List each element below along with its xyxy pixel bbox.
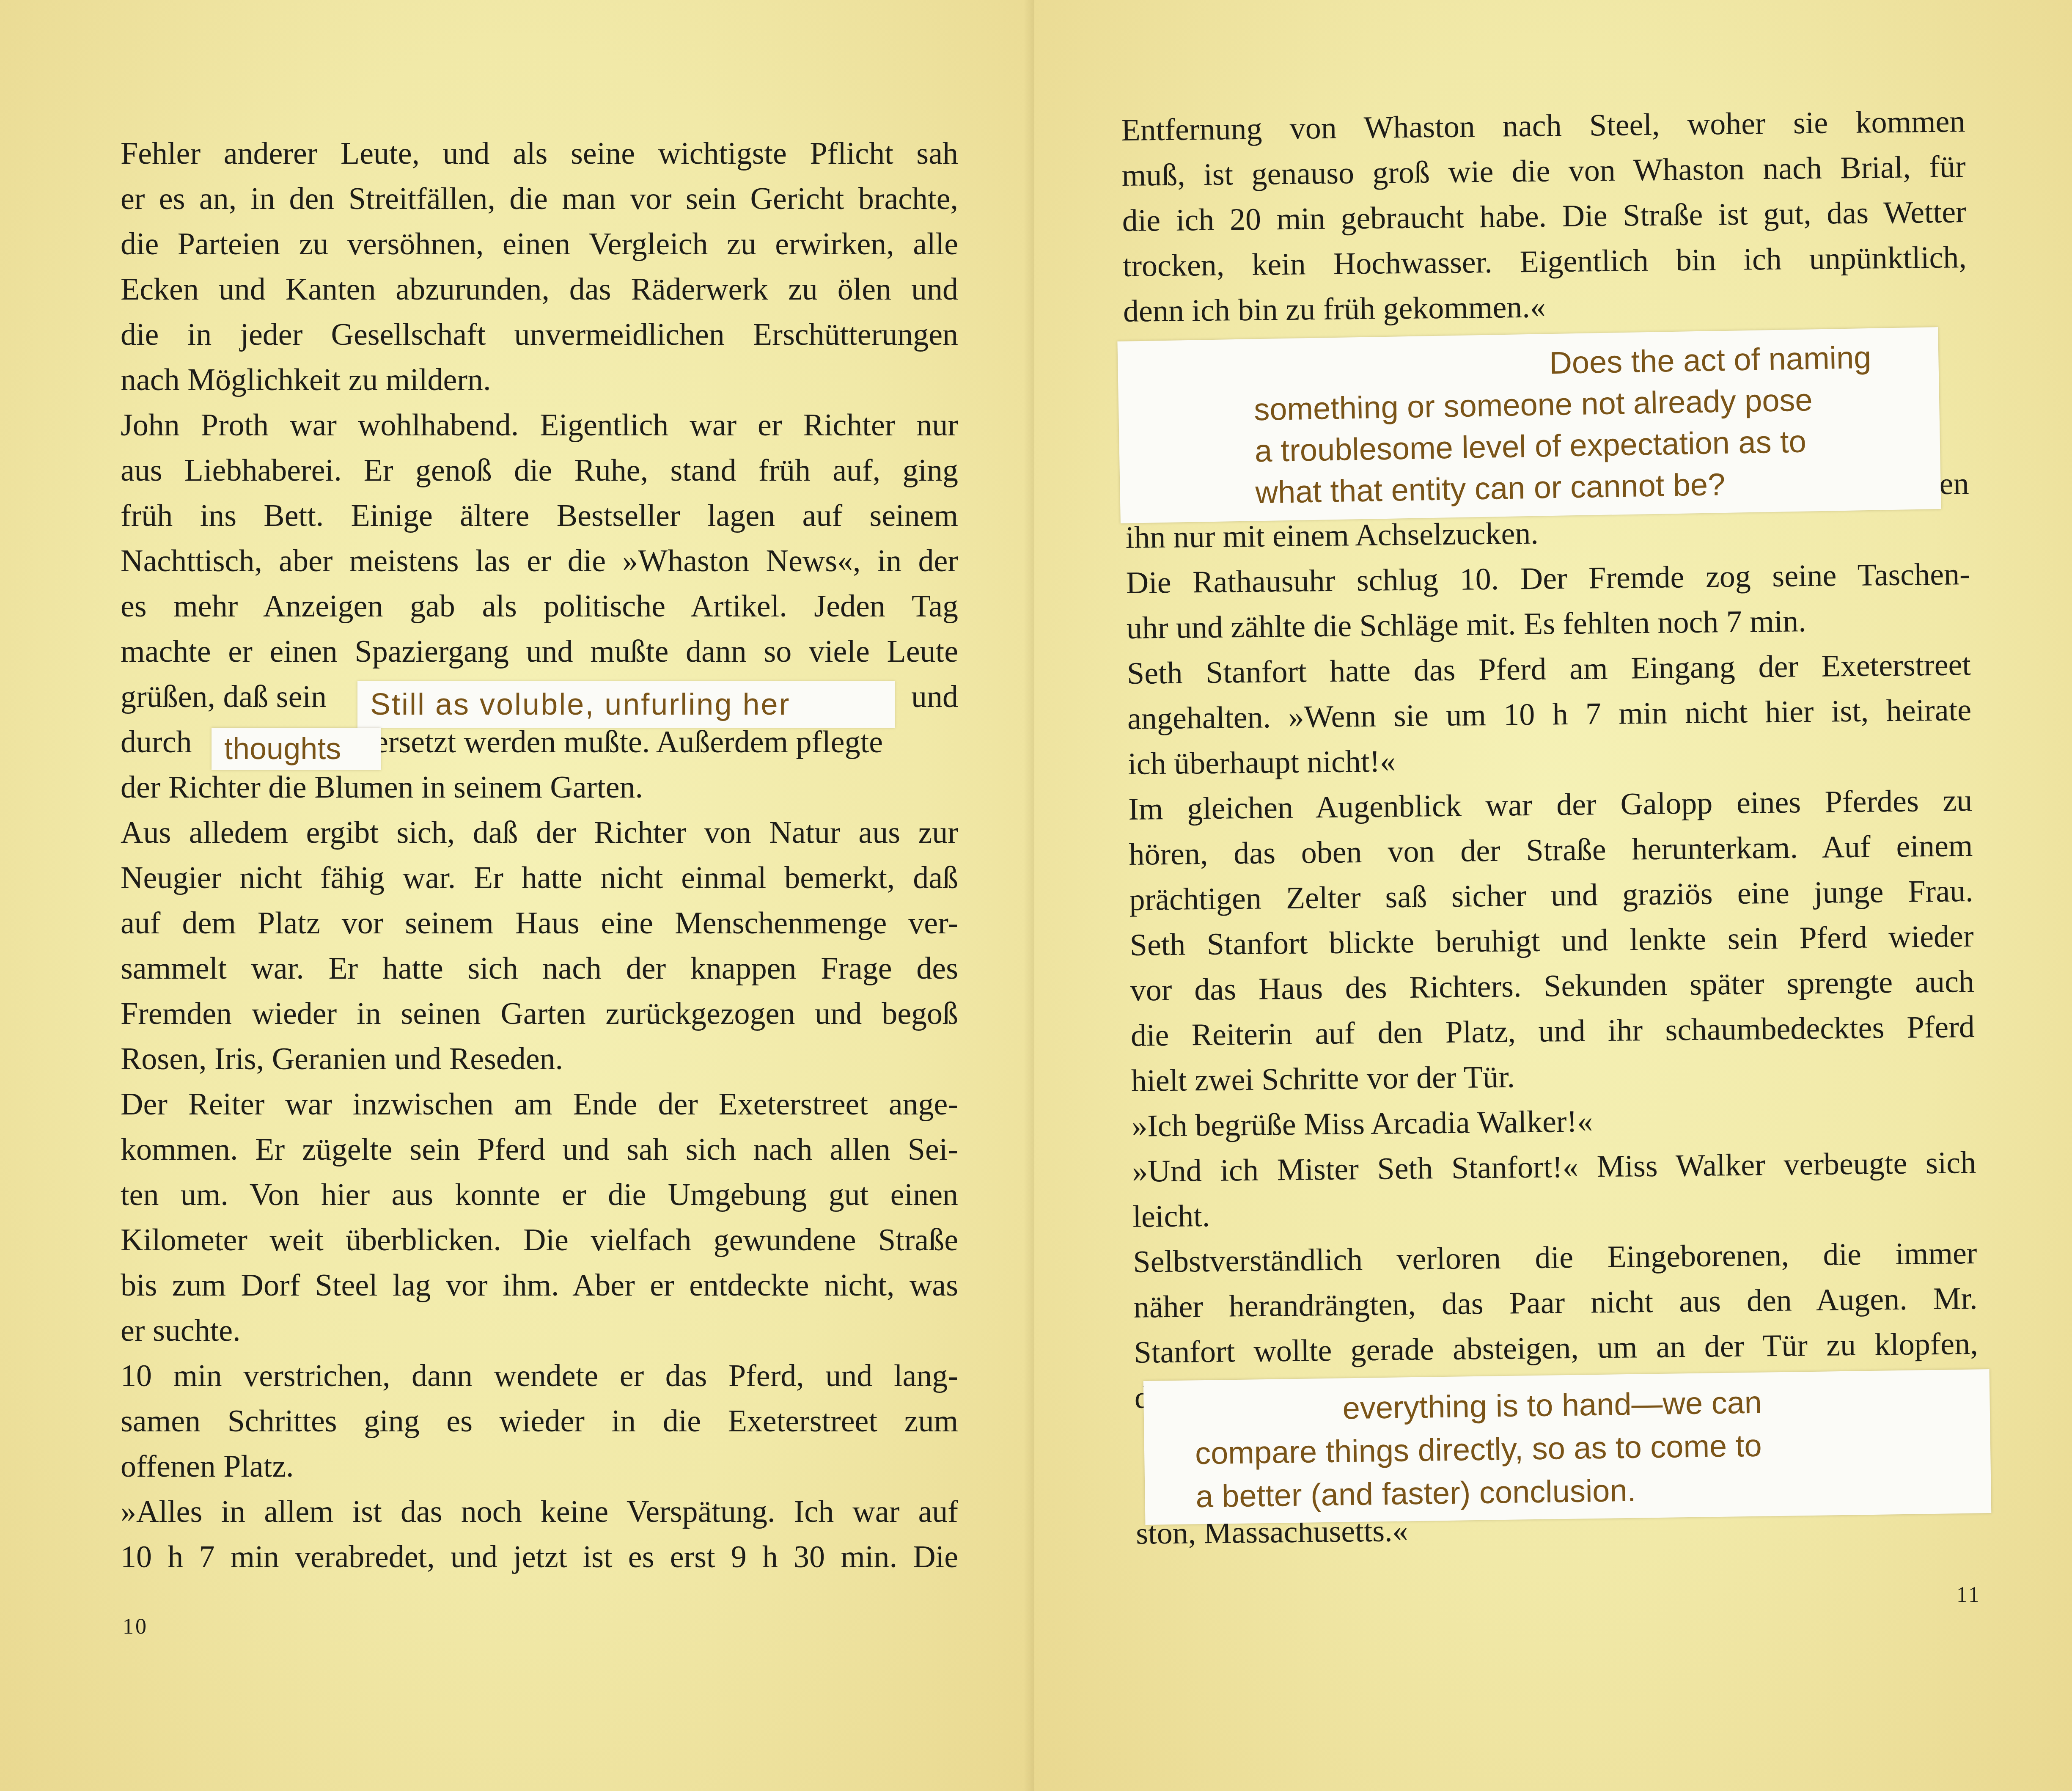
text-line: die in jeder Gesellschaft unvermeidliche… (121, 312, 958, 358)
text-line: 10 min verstrichen, dann wendete er das … (121, 1354, 958, 1399)
collage-clipping-left: Still as voluble, unfurling her (357, 681, 895, 728)
text-line: Der Reiter war inzwischen am Ende der Ex… (121, 1082, 958, 1127)
left-page: Fehler anderer Leute, und als seine wich… (0, 0, 1034, 1791)
book-spread: Fehler anderer Leute, und als seine wich… (0, 0, 2072, 1791)
text-line: Neugier nicht fähig war. Er hatte nicht … (121, 856, 958, 901)
text-line: Selbstverständlich verloren die Eingebor… (1133, 1231, 1977, 1285)
text-line: prächtigen Zelter saß sicher und graziös… (1129, 869, 1973, 923)
text-line: Die Rathausuhr schlug 10. Der Fremde zog… (1126, 552, 1970, 606)
text-line: er suchte. (121, 1308, 958, 1354)
page-number: 10 (123, 1614, 148, 1639)
text-line: Fehler anderer Leute, und als seine wich… (121, 131, 958, 176)
text-line: John Proth war wohlhabend. Eigentlich wa… (121, 403, 958, 448)
text-line: die Reiterin auf den Platz, und ihr scha… (1130, 1004, 1975, 1059)
text-line: offenen Platz. (121, 1444, 958, 1489)
text-line: er es an, in den Streitfällen, die man v… (121, 176, 958, 222)
text-line: hören, das oben von der Straße herunterk… (1129, 823, 1973, 878)
collage-text: Still as voluble, unfurling her (370, 681, 895, 728)
collage-clipping-right-top: Does the act of naming something or some… (1117, 327, 1941, 523)
text-line: uhr und zählte die Schläge mit. Es fehlt… (1126, 597, 1970, 651)
text-line: nach Möglichkeit zu mildern. (121, 358, 958, 403)
text-line: »Und ich Mister Seth Stanfort!« Miss Wal… (1132, 1140, 1976, 1194)
text-line: »Ich begrüße Miss Arcadia Walker!« (1132, 1095, 1976, 1149)
text-line: Rosen, Iris, Geranien und Reseden. (121, 1037, 958, 1082)
text-line: die Parteien zu versöhnen, einen Verglei… (121, 222, 958, 267)
left-page-text: Fehler anderer Leute, und als seine wich… (121, 131, 958, 1580)
text-fragment: und (911, 674, 958, 720)
text-line: Ecken und Kanten abzurunden, das Räderwe… (121, 267, 958, 312)
text-line: näher herandrängten, das Paar nicht aus … (1133, 1276, 1978, 1330)
text-line: bis zum Dorf Steel lag vor ihm. Aber er … (121, 1263, 958, 1308)
text-line: Fremden wieder in seinen Garten zurückge… (121, 991, 958, 1037)
text-line: »Alles in allem ist das noch keine Versp… (121, 1489, 958, 1535)
text-line: früh ins Bett. Einige ältere Bestseller … (121, 493, 958, 539)
text-line: machte er einen Spaziergang und mußte da… (121, 629, 958, 674)
text-line: ich überhaupt nicht!« (1128, 733, 1972, 787)
collage-clipping-left-2: thoughts (212, 728, 381, 770)
text-line: die ich 20 min gebraucht habe. Die Straß… (1122, 190, 1966, 244)
text-line: aus Liebhaberei. Er genoß die Ruhe, stan… (121, 448, 958, 493)
collage-text: thoughts (224, 728, 381, 770)
text-line: angehalten. »Wenn sie um 10 h 7 min nich… (1127, 688, 1972, 742)
text-line: kommen. Er zügelte sein Pferd und sah si… (121, 1127, 958, 1172)
text-line: muß, ist genauso groß wie die von Whasto… (1121, 144, 1966, 198)
text-line: ten um. Von hier aus konnte er die Umgeb… (121, 1172, 958, 1218)
right-page: Entfernung von Whaston nach Steel, woher… (1034, 0, 2072, 1791)
text-line: Seth Stanfort blickte beruhigt und lenkt… (1129, 914, 1974, 968)
text-line: Aus alledem ergibt sich, daß der Richter… (121, 810, 958, 856)
text-line: samen Schrittes ging es wieder in die Ex… (121, 1399, 958, 1444)
text-fragment: grüßen, daß sein (121, 680, 327, 714)
text-line: vor das Haus des Richters. Sekunden spät… (1130, 959, 1974, 1013)
text-line: sammelt war. Er hatte sich nach der knap… (121, 946, 958, 991)
text-line: Nachttisch, aber meistens las er die »Wh… (121, 539, 958, 584)
text-line: hielt zwei Schritte vor der Tür. (1131, 1050, 1976, 1104)
right-page-text: Entfernung von Whaston nach Steel, woher… (1121, 99, 1980, 1557)
text-line: Entfernung von Whaston nach Steel, woher… (1121, 99, 1965, 153)
text-line: leicht. (1132, 1186, 1977, 1240)
text-fragment: durch (121, 725, 192, 759)
collage-clipping-right-bottom: everything is to hand—we can compare thi… (1143, 1369, 1992, 1525)
text-line: es mehr Anzeigen gab als politische Arti… (121, 584, 958, 629)
text-line: auf dem Platz vor seinem Haus eine Mensc… (121, 901, 958, 946)
text-line: Im gleichen Augenblick war der Galopp ei… (1128, 778, 1973, 832)
text-line: der Richter die Blumen in seinem Garten. (121, 765, 958, 810)
text-line: trocken, kein Hochwasser. Eigentlich bin… (1122, 235, 1967, 289)
page-number: 11 (1957, 1582, 1981, 1607)
text-line: Stanfort wollte gerade absteigen, um an … (1134, 1321, 1978, 1376)
text-line: 10 h 7 min verabredet, und jetzt ist es … (121, 1535, 958, 1580)
text-line: Kilometer weit überblicken. Die vielfach… (121, 1218, 958, 1263)
text-line: Seth Stanfort hatte das Pferd am Eingang… (1127, 642, 1971, 696)
text-line: denn ich bin zu früh gekommen.« (1123, 280, 1967, 334)
